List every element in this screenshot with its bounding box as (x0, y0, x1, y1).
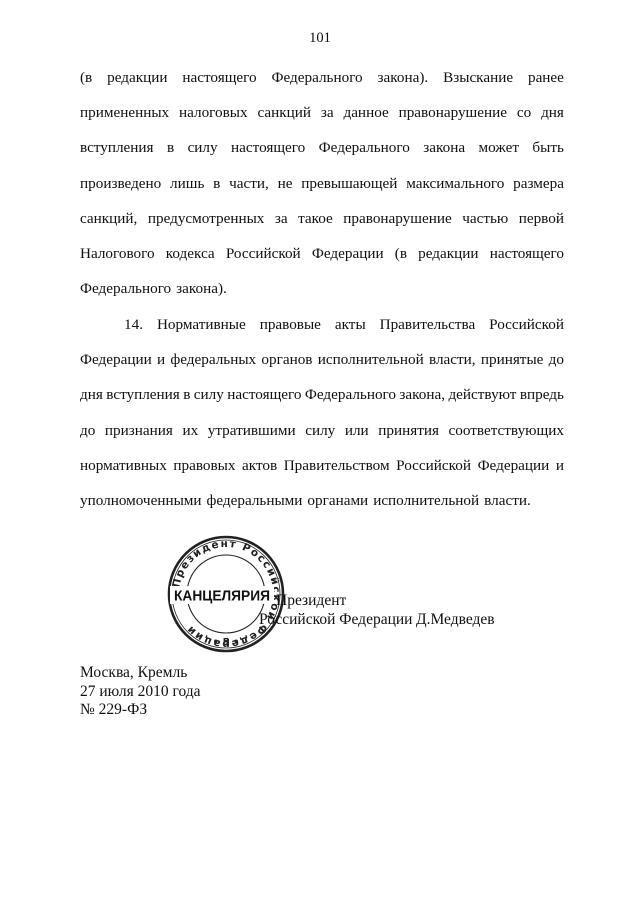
word: правовых (173, 456, 235, 491)
word: до (549, 350, 564, 385)
paragraph-14: 14.НормативныеправовыеактыПравительстваР… (80, 315, 564, 526)
word: или (345, 421, 369, 456)
word: закона (423, 138, 465, 173)
text-line: допризнанияихутратившимисилуилипринятияс… (80, 421, 564, 456)
word: власти, (429, 350, 476, 385)
word: до (80, 421, 95, 456)
word: Правительства (380, 315, 476, 350)
word: Российской (396, 456, 471, 491)
word: Федерации (80, 350, 152, 385)
word: редакции (107, 68, 167, 103)
word: настоящего (227, 385, 301, 420)
word: признания (105, 421, 173, 456)
word: силу (188, 138, 218, 173)
word: уполномоченными (80, 491, 202, 526)
word: Взыскание (443, 68, 513, 103)
text-line: санкций,предусмотренныхзатакоеправонаруш… (80, 209, 564, 244)
signatory-title-line-2: Российской Федерации (259, 611, 412, 629)
word: произведено (80, 174, 161, 209)
word: настоящего (231, 138, 305, 173)
word: в (183, 385, 190, 420)
word: утратившими (208, 421, 296, 456)
signing-place: Москва, Кремль (80, 664, 201, 683)
word: действуют (448, 385, 516, 420)
word: правонарушение (399, 103, 507, 138)
word: редакции (418, 244, 478, 279)
word: в (213, 174, 220, 209)
word: первой (519, 209, 564, 244)
word: Нормативные (157, 315, 246, 350)
word: вступления (106, 385, 180, 420)
word: нормативных (80, 456, 167, 491)
word: их (182, 421, 198, 456)
word: за (321, 103, 334, 138)
text-line: примененныхналоговыхсанкцийзаданноеправо… (80, 103, 564, 138)
signatory-name: Д.Медведев (416, 611, 495, 629)
word: Налогового (80, 244, 155, 279)
word: Российской (489, 315, 564, 350)
text-line: 14.НормативныеправовыеактыПравительстваР… (80, 315, 564, 350)
word: закона, (399, 385, 445, 420)
word: силу (194, 385, 224, 420)
text-line: вступлениявсилунастоящегоФедеральногозак… (80, 138, 564, 173)
word: впредь (520, 385, 564, 420)
word: актов (242, 456, 277, 491)
word: (в (395, 244, 407, 279)
word: силу (305, 421, 335, 456)
word: принятия (378, 421, 439, 456)
word: власти. (484, 491, 531, 526)
word: вступления (80, 138, 154, 173)
word: и (556, 456, 564, 491)
word: кодекса (166, 244, 215, 279)
word: настоящего (182, 68, 256, 103)
word: максимального (406, 174, 504, 209)
word: органов (261, 350, 312, 385)
word: может (478, 138, 519, 173)
word: примененных (80, 103, 169, 138)
word: быть (532, 138, 564, 173)
word: правонарушение (343, 209, 451, 244)
word: настоящего (490, 244, 564, 279)
word: Правительством (284, 456, 390, 491)
word: размера (513, 174, 564, 209)
word: 14. (124, 315, 143, 350)
word: закона). (176, 279, 227, 314)
word: Федерального (305, 385, 396, 420)
signing-details: Москва, Кремль 27 июля 2010 года № 229-Ф… (80, 664, 201, 720)
word: принятые (481, 350, 544, 385)
word: исполнительной (318, 350, 424, 385)
word: такое (298, 209, 333, 244)
word: со (517, 103, 531, 138)
signing-date: 27 июля 2010 года (80, 683, 201, 702)
word: соответствующих (449, 421, 564, 456)
word: федеральных (170, 350, 256, 385)
text-line: уполномоченнымифедеральнымиорганамииспол… (80, 491, 564, 526)
word: за (275, 209, 288, 244)
text-line: Федеральногозакона). (80, 279, 564, 314)
law-number: № 229-ФЗ (80, 701, 201, 720)
word: в (167, 138, 174, 173)
word: Федерации (312, 244, 384, 279)
word: не (278, 174, 293, 209)
text-line: (вредакциинастоящегоФедеральногозакона).… (80, 68, 564, 103)
word: санкций (257, 103, 311, 138)
word: части, (229, 174, 269, 209)
word: акты (335, 315, 366, 350)
word: дня (80, 385, 103, 420)
word: частью (462, 209, 508, 244)
word: и (157, 350, 165, 385)
word: Федерального (319, 138, 410, 173)
paragraph-13-continuation: (вредакциинастоящегоФедеральногозакона).… (80, 68, 564, 314)
word: Федерального (80, 279, 171, 314)
word: правовые (260, 315, 321, 350)
stamp-center-text: КАНЦЕЛЯРИЯ (174, 588, 270, 605)
word: закона). (378, 68, 429, 103)
word: (в (80, 68, 92, 103)
word: санкций, (80, 209, 137, 244)
word: данное (343, 103, 388, 138)
word: налоговых (179, 103, 248, 138)
word: исполнительной (373, 491, 479, 526)
word: органами (307, 491, 368, 526)
official-seal-stamp: Президент Российской Федерации • 5 • КАН… (166, 534, 286, 654)
word: дня (541, 103, 564, 138)
text-line: Федерацииифедеральныхоргановисполнительн… (80, 350, 564, 385)
text-line: днявступлениявсилунастоящегоФедерального… (80, 385, 564, 420)
text-line: произведенолишьвчасти,непревышающеймакси… (80, 174, 564, 209)
text-line: нормативныхправовыхактовПравительствомРо… (80, 456, 564, 491)
text-line: НалоговогокодексаРоссийскойФедерации(вре… (80, 244, 564, 279)
word: Федерации (478, 456, 550, 491)
word: предусмотренных (148, 209, 265, 244)
word: превышающей (301, 174, 397, 209)
word: федеральными (207, 491, 303, 526)
word: ранее (528, 68, 564, 103)
page-number: 101 (0, 30, 640, 47)
word: лишь (170, 174, 204, 209)
signatory-title-line-1: Президент (276, 592, 346, 610)
word: Российской (226, 244, 301, 279)
word: Федерального (272, 68, 363, 103)
stamp-bottom-text: • 5 • (213, 637, 240, 648)
